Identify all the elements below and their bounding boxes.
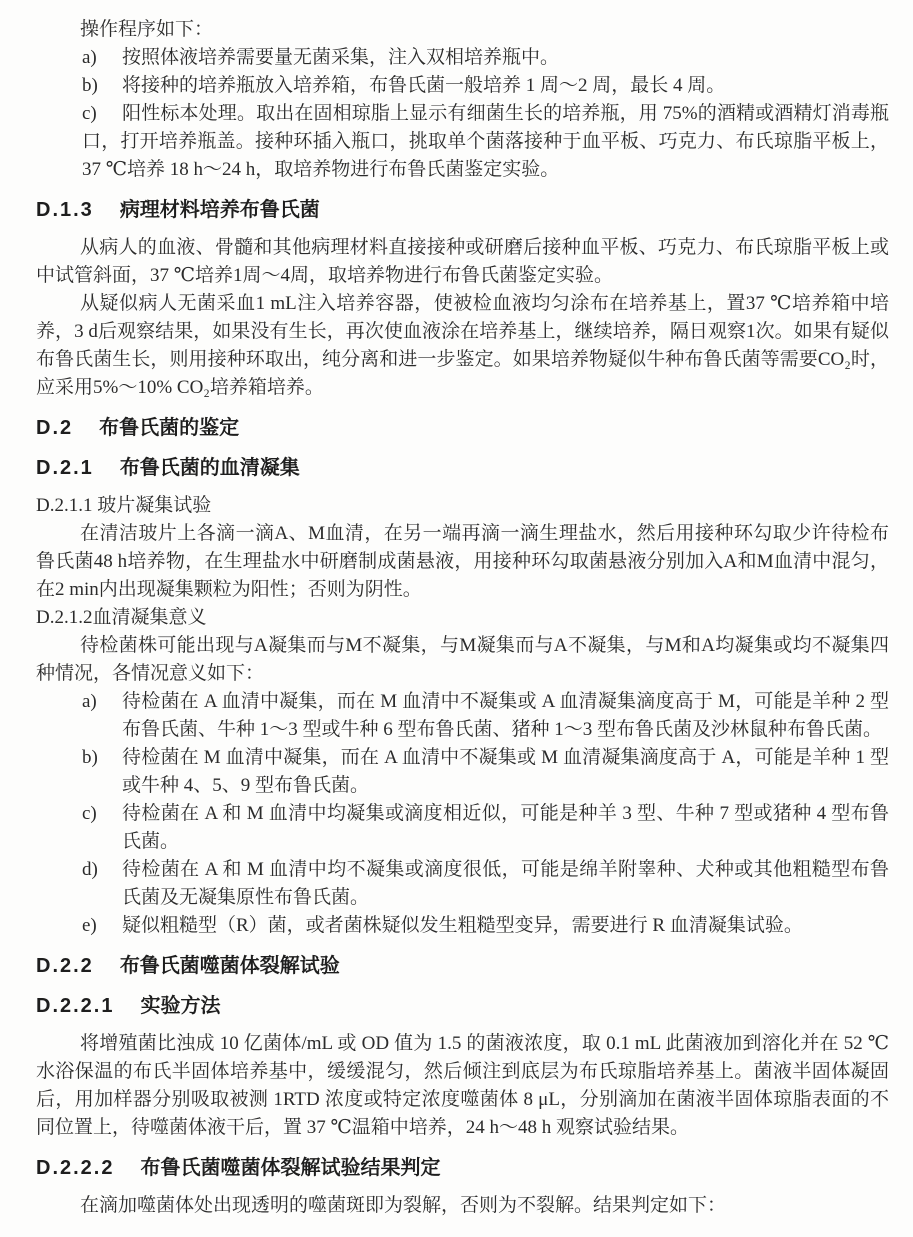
section-heading: D.2.2布鲁氏菌噬菌体裂解试验 [36,952,889,980]
list-item-text: 待检菌在 A 血清中凝集，而在 M 血清中不凝集或 A 血清凝集滴度高于 M，可… [122,691,889,740]
paragraph: 在清洁玻片上各滴一滴A、M血清，在另一端再滴一滴生理盐水，然后用接种环勾取少许待… [36,520,889,604]
list-item: d)待检菌在 A 和 M 血清中均不凝集或滴度很低，可能是绵羊附睾种、犬种或其他… [36,856,889,912]
section-title: 布鲁氏菌噬菌体裂解试验结果判定 [140,1157,440,1179]
section-number: D.2.2.1 [36,992,114,1020]
paragraph: 从病人的血液、骨髓和其他病理材料直接接种或研磨后接种血平板、巧克力、布氏琼脂平板… [36,234,889,290]
list-marker: a) [82,44,122,72]
list-item: a)待检菌在 A 血清中凝集，而在 M 血清中不凝集或 A 血清凝集滴度高于 M… [36,688,889,744]
list-marker: b) [82,72,122,100]
section-heading: D.2.1布鲁氏菌的血清凝集 [36,454,889,482]
list-item-text: 将接种的培养瓶放入培养箱，布鲁氏菌一般培养 1 周～2 周，最长 4 周。 [122,75,725,96]
section-number: D.1.3 [36,196,94,224]
list-item: c)待检菌在 A 和 M 血清中均凝集或滴度相近似，可能是种羊 3 型、牛种 7… [36,800,889,856]
subsection-heading: D.2.1.2血清凝集意义 [36,604,889,632]
list-item: a)按照体液培养需要量无菌采集，注入双相培养瓶中。 [36,44,889,72]
section-heading: D.2.2.2布鲁氏菌噬菌体裂解试验结果判定 [36,1154,889,1182]
list-marker: d) [82,856,98,884]
list-marker: c) [82,100,122,128]
section-heading: D.2布鲁氏菌的鉴定 [36,414,889,442]
section-title: 布鲁氏菌的鉴定 [99,417,239,439]
list-marker: e) [82,912,97,940]
list-item: c)阳性标本处理。取出在固相琼脂上显示有细菌生长的培养瓶，用 75%的酒精或酒精… [36,100,889,184]
list-marker: b) [82,744,98,772]
section-heading: D.2.2.1实验方法 [36,992,889,1020]
paragraph: 操作程序如下： [36,16,889,44]
section-number: D.2.2.2 [36,1154,114,1182]
document-page: 操作程序如下：a)按照体液培养需要量无菌采集，注入双相培养瓶中。b)将接种的培养… [0,0,913,1237]
section-heading: D.1.3病理材料培养布鲁氏菌 [36,196,889,224]
list-item-text: 待检菌在 M 血清中凝集，而在 A 血清中不凝集或 M 血清凝集滴度高于 A，可… [122,747,889,796]
section-number: D.2.1 [36,454,94,482]
section-number: D.2.2 [36,952,94,980]
list-item-text: 疑似粗糙型（R）菌，或者菌株疑似发生粗糙型变异，需要进行 R 血清凝集试验。 [122,915,803,936]
list-item: e)疑似粗糙型（R）菌，或者菌株疑似发生粗糙型变异，需要进行 R 血清凝集试验。 [36,912,889,940]
list-marker: c) [82,800,97,828]
paragraph: 将增殖菌比浊成 10 亿菌体/mL 或 OD 值为 1.5 的菌液浓度，取 0.… [36,1030,889,1142]
paragraph: 待检菌株可能出现与A凝集而与M不凝集，与M凝集而与A不凝集，与M和A均凝集或均不… [36,632,889,688]
list-item-text: 阳性标本处理。取出在固相琼脂上显示有细菌生长的培养瓶，用 75%的酒精或酒精灯消… [82,103,889,180]
list-item-text: 待检菌在 A 和 M 血清中均不凝集或滴度很低，可能是绵羊附睾种、犬种或其他粗糙… [122,859,889,908]
paragraph: 从疑似病人无菌采血1 mL注入培养容器，使被检血液均匀涂布在培养基上，置37 ℃… [36,290,889,402]
list-item-text: 按照体液培养需要量无菌采集，注入双相培养瓶中。 [122,47,559,68]
section-title: 实验方法 [140,995,220,1017]
list-item: b)将接种的培养瓶放入培养箱，布鲁氏菌一般培养 1 周～2 周，最长 4 周。 [36,72,889,100]
section-number: D.2 [36,414,73,442]
section-title: 布鲁氏菌噬菌体裂解试验 [120,955,340,977]
paragraph: 在滴加噬菌体处出现透明的噬菌斑即为裂解，否则为不裂解。结果判定如下： [36,1192,889,1220]
section-title: 病理材料培养布鲁氏菌 [120,199,320,221]
list-item: b)待检菌在 M 血清中凝集，而在 A 血清中不凝集或 M 血清凝集滴度高于 A… [36,744,889,800]
subsection-heading: D.2.1.1 玻片凝集试验 [36,492,889,520]
list-marker: a) [82,688,97,716]
section-title: 布鲁氏菌的血清凝集 [120,457,300,479]
list-item-text: 待检菌在 A 和 M 血清中均凝集或滴度相近似，可能是种羊 3 型、牛种 7 型… [122,803,889,852]
